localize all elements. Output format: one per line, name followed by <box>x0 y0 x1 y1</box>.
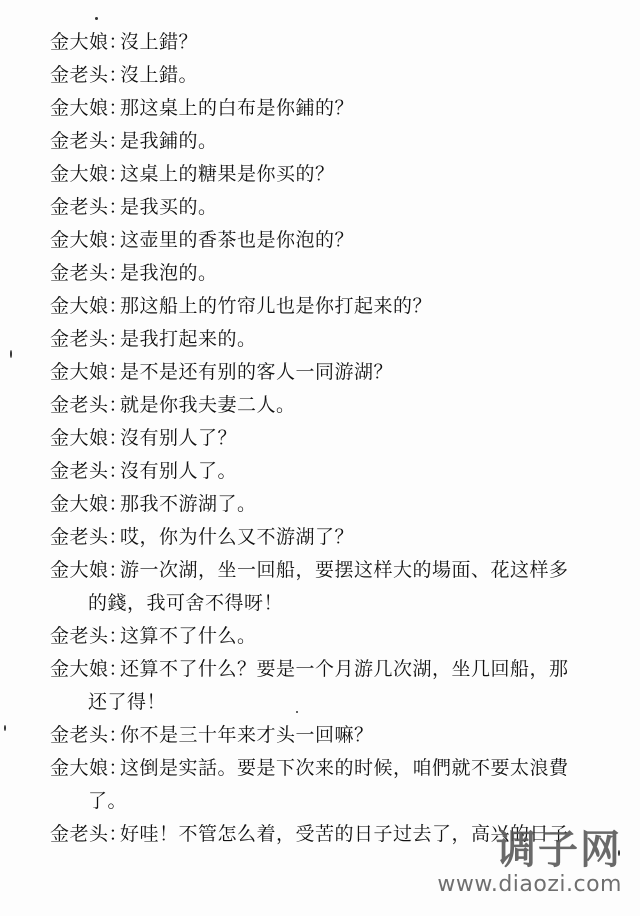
speaker-label: 金老头： <box>50 60 120 90</box>
speech-text: 是我打起来的。 <box>120 328 257 350</box>
speaker-label: 金老头： <box>50 720 120 750</box>
speaker-label: 金大娘： <box>50 654 120 684</box>
speaker-label: 金大娘： <box>50 225 120 255</box>
speaker-label: 金老头： <box>50 324 120 354</box>
speech-text: 是我鋪的。 <box>120 130 218 152</box>
speech-text: 沒有别人了。 <box>120 460 237 482</box>
dialogue-line: 金大娘：游一次湖，坐一回船，要摆这样大的場面、花这样多 <box>50 555 569 585</box>
scan-speck <box>296 711 298 713</box>
speech-text: 是我泡的。 <box>120 262 218 284</box>
dialogue-line: 金大娘：那这桌上的白布是你鋪的？ <box>50 93 354 123</box>
speech-text: 哎，你为什么又不游湖了？ <box>120 526 354 548</box>
speaker-label: 金老头： <box>50 456 120 486</box>
dialogue-continuation: 了。 <box>88 786 127 816</box>
dialogue-line: 金大娘：沒有别人了？ <box>50 423 237 453</box>
speaker-label: 金老头： <box>50 390 120 420</box>
speaker-label: 金老头： <box>50 621 120 651</box>
speech-text: 那我不游湖了。 <box>120 493 257 515</box>
dialogue-line: 金老头：这算不了什么。 <box>50 621 257 651</box>
dialogue-line: 金老头：你不是三十年来才头一回嘛？ <box>50 720 374 750</box>
site-watermark: 调子网 www.diaozi.com <box>437 828 622 898</box>
dialogue-line: 金老头：沒上錯。 <box>50 60 198 90</box>
speaker-label: 金大娘： <box>50 489 120 519</box>
dialogue-line: 金老头：就是你我夫妻二人。 <box>50 390 296 420</box>
dialogue-line: 金老头：是我买的。 <box>50 192 218 222</box>
speech-text: 是不是还有别的客人一同游湖？ <box>120 361 393 383</box>
dialogue-line: 金老头：是我打起来的。 <box>50 324 257 354</box>
speaker-label: 金老头： <box>50 258 120 288</box>
dialogue-line: 金大娘：沒上錯？ <box>50 27 198 57</box>
speech-text: 这算不了什么。 <box>120 625 257 647</box>
speech-text: 的錢，我可舍不得呀！ <box>88 592 283 614</box>
dialogue-line: 金大娘：那我不游湖了。 <box>50 489 257 519</box>
dialogue-line: 金大娘：还算不了什么？要是一个月游几次湖，坐几回船，那 <box>50 654 569 684</box>
speech-text: 这壶里的香茶也是你泡的？ <box>120 229 354 251</box>
speech-text: 这桌上的糖果是你买的？ <box>120 163 335 185</box>
speaker-label: 金大娘： <box>50 27 120 57</box>
dialogue-line: 金老头：沒有别人了。 <box>50 456 237 486</box>
speaker-label: 金大娘： <box>50 753 120 783</box>
speech-text: 是我买的。 <box>120 196 218 218</box>
speech-text: 那这船上的竹帘儿也是你打起来的？ <box>120 295 432 317</box>
speech-text: 那这桌上的白布是你鋪的？ <box>120 97 354 119</box>
scanned-page: 金大娘：沒上錯？ 金老头：沒上錯。 金大娘：那这桌上的白布是你鋪的？ 金老头：是… <box>0 0 640 916</box>
dialogue-line: 金老头：是我鋪的。 <box>50 126 218 156</box>
speech-text: 就是你我夫妻二人。 <box>120 394 296 416</box>
speech-text: 了。 <box>88 790 127 812</box>
speaker-label: 金老头： <box>50 819 120 849</box>
speech-text: 还算不了什么？要是一个月游几次湖，坐几回船，那 <box>120 658 569 680</box>
speaker-label: 金大娘： <box>50 291 120 321</box>
scan-speck <box>4 725 6 731</box>
scan-speck <box>10 350 12 358</box>
scan-speck <box>95 17 98 20</box>
dialogue-line: 金老头：是我泡的。 <box>50 258 218 288</box>
speech-text: 沒有别人了？ <box>120 427 237 449</box>
speech-text: 你不是三十年来才头一回嘛？ <box>120 724 374 746</box>
dialogue-line: 金大娘：是不是还有别的客人一同游湖？ <box>50 357 393 387</box>
speech-text: 还了得！ <box>88 691 166 713</box>
dialogue-continuation: 还了得！ <box>88 687 166 717</box>
speaker-label: 金大娘： <box>50 423 120 453</box>
speaker-label: 金老头： <box>50 192 120 222</box>
watermark-url: www.diaozi.com <box>437 872 622 898</box>
dialogue-line: 金大娘：那这船上的竹帘儿也是你打起来的？ <box>50 291 432 321</box>
speech-text: 这倒是实話。要是下次来的时候，咱們就不要太浪費 <box>120 757 569 779</box>
dialogue-line: 金大娘：这倒是实話。要是下次来的时候，咱們就不要太浪費 <box>50 753 569 783</box>
speaker-label: 金老头： <box>50 126 120 156</box>
speech-text: 游一次湖，坐一回船，要摆这样大的場面、花这样多 <box>120 559 569 581</box>
dialogue-continuation: 的錢，我可舍不得呀！ <box>88 588 283 618</box>
dialogue-line: 金大娘：这桌上的糖果是你买的？ <box>50 159 335 189</box>
speech-text: 沒上錯？ <box>120 31 198 53</box>
speaker-label: 金大娘： <box>50 93 120 123</box>
watermark-name: 调子网 <box>437 828 622 872</box>
speech-text: 沒上錯。 <box>120 64 198 86</box>
dialogue-line: 金老头：哎，你为什么又不游湖了？ <box>50 522 354 552</box>
speaker-label: 金老头： <box>50 522 120 552</box>
speaker-label: 金大娘： <box>50 159 120 189</box>
speaker-label: 金大娘： <box>50 555 120 585</box>
dialogue-line: 金大娘：这壶里的香茶也是你泡的？ <box>50 225 354 255</box>
speaker-label: 金大娘： <box>50 357 120 387</box>
